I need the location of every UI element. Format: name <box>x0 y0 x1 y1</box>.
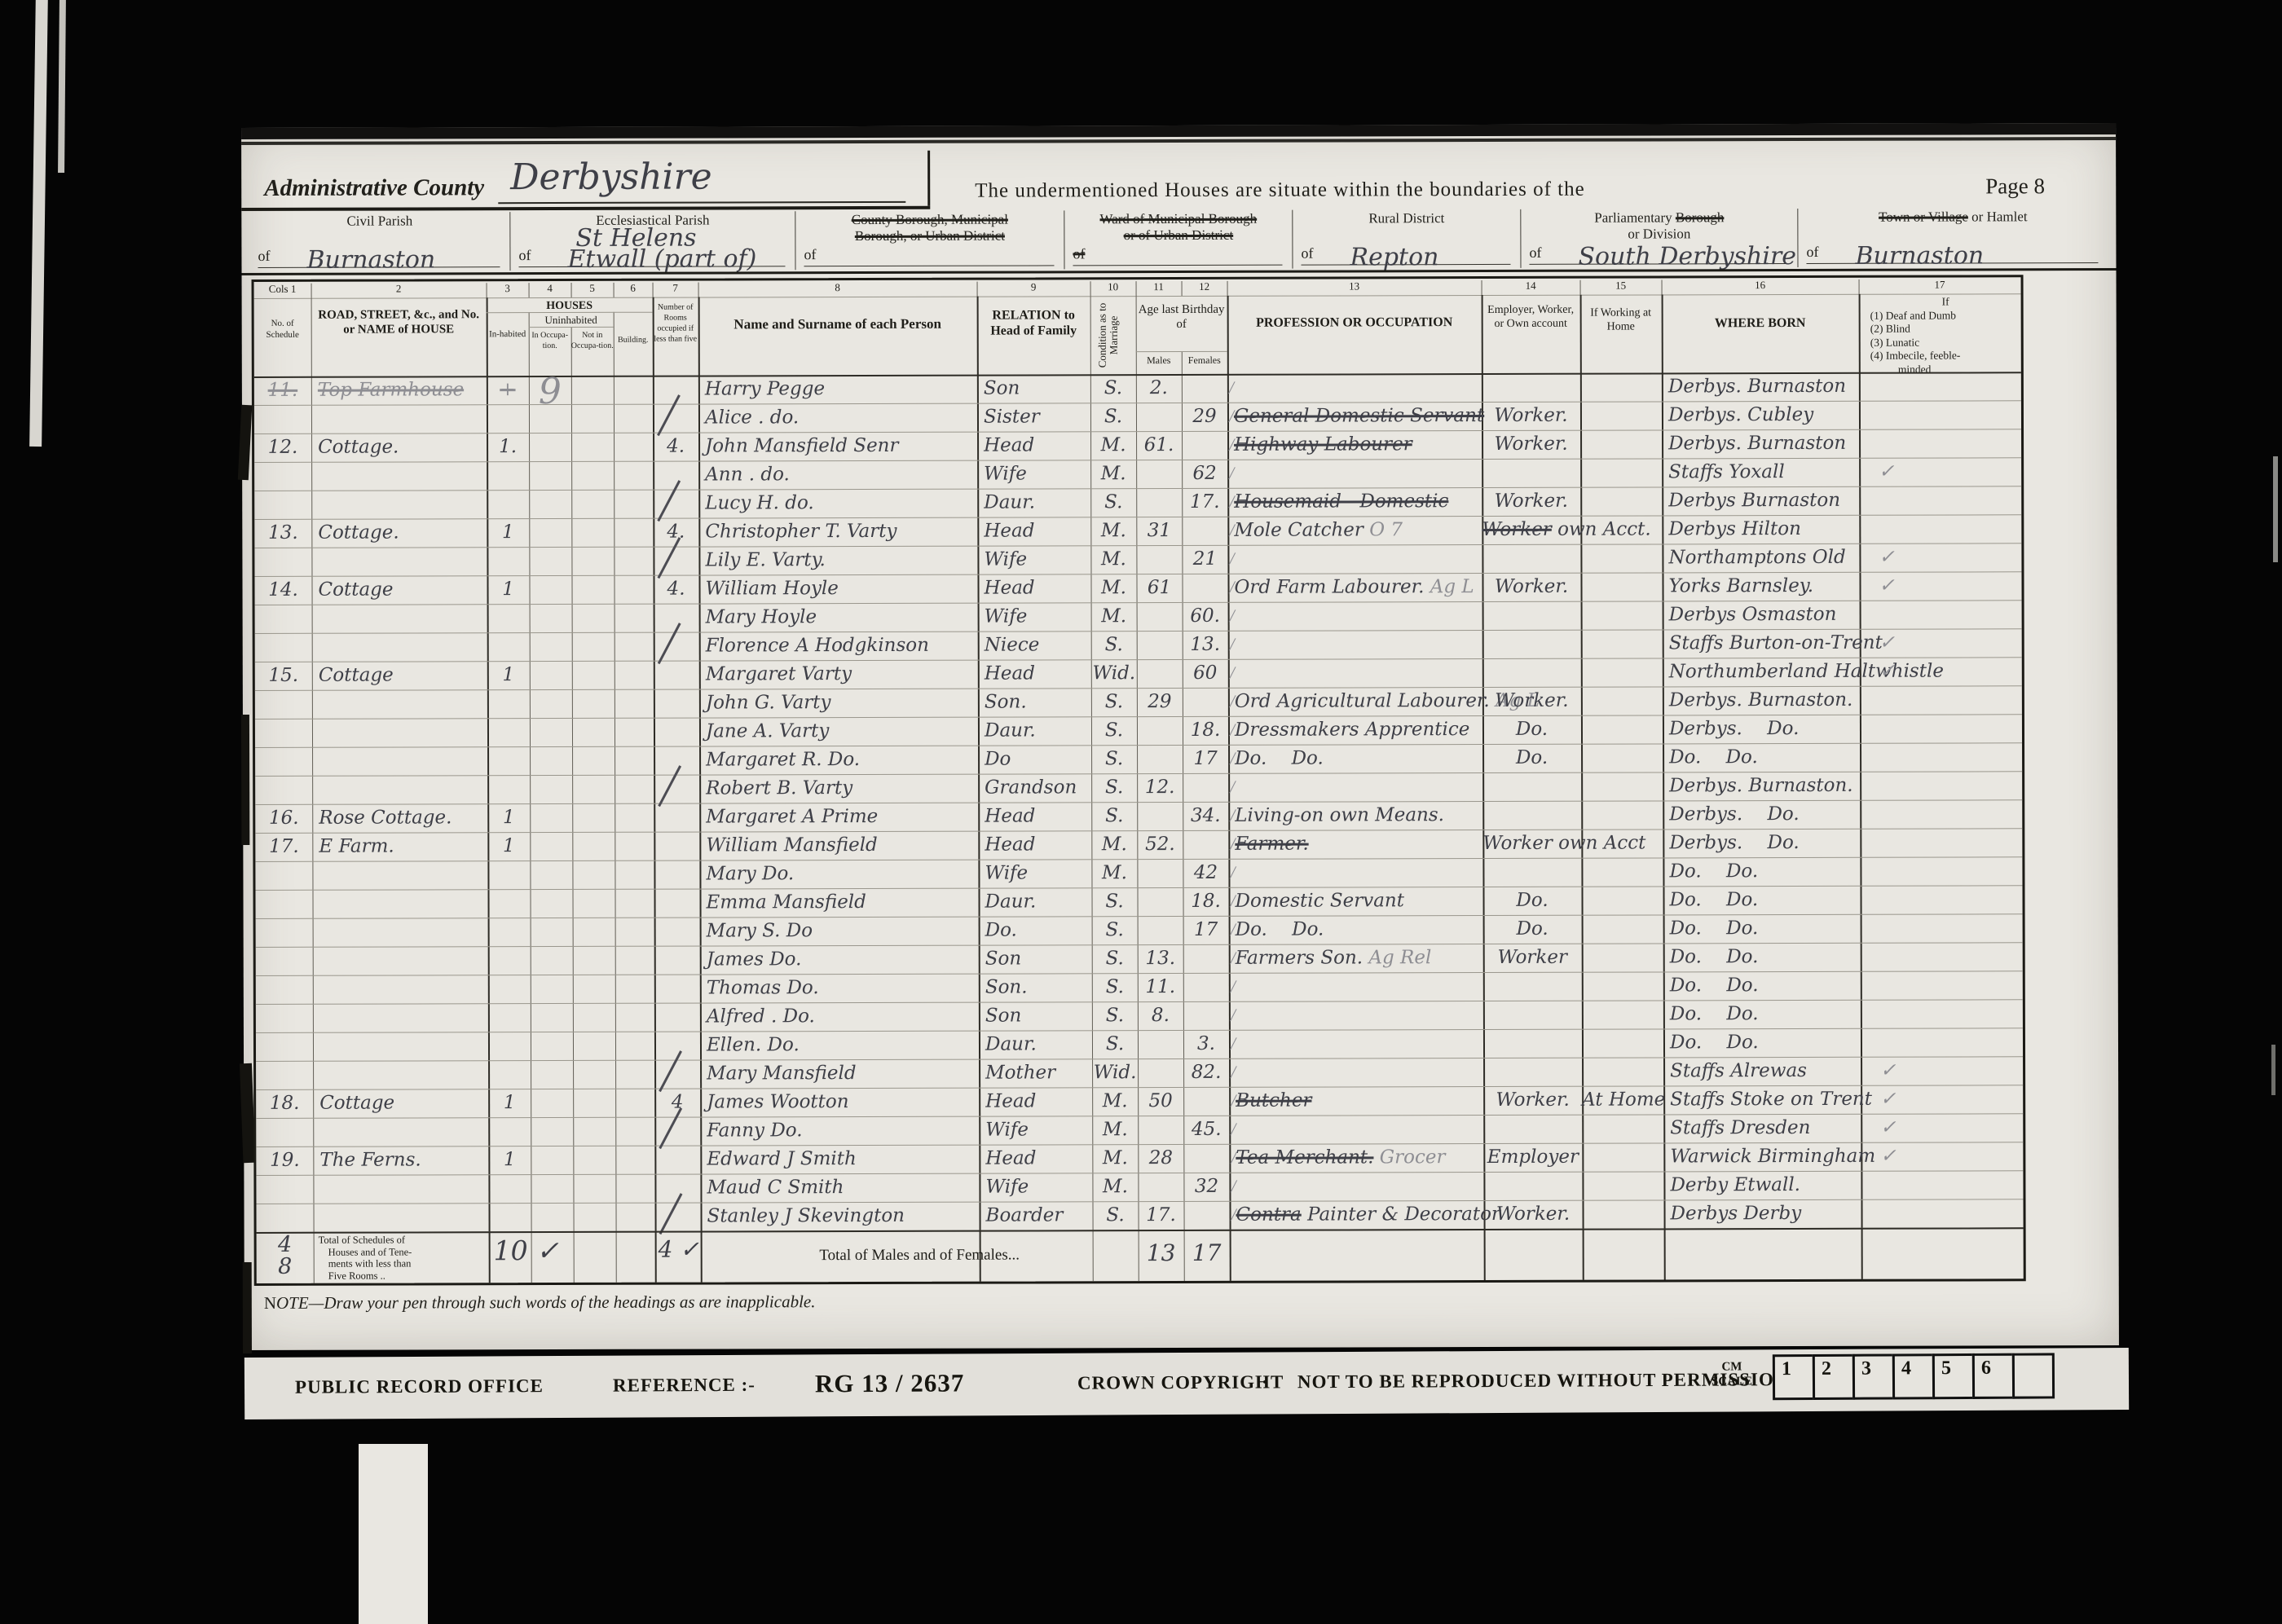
cell-cond: S. <box>1091 887 1137 916</box>
handwritten-entry: 17. <box>1190 491 1220 513</box>
scanner-strip <box>58 0 66 173</box>
handwritten-entry: Ellen. Do. <box>707 1034 800 1055</box>
column-line <box>1136 281 1137 296</box>
cell-rel: Head <box>979 1144 1092 1173</box>
cell-prof: Farmers Son. Ag Rel <box>1229 944 1483 973</box>
handwritten-entry: 31 <box>1148 520 1171 541</box>
handwritten-entry: 11. <box>268 380 298 401</box>
handwritten-entry: 8. <box>1152 1005 1170 1026</box>
handwritten-entry: Boarder <box>986 1204 1064 1226</box>
cell-cond: M. <box>1090 517 1136 545</box>
cell-emp: Do. <box>1482 744 1581 772</box>
handwritten-entry: 1 <box>503 807 515 828</box>
handwritten-entry: Worker. <box>1496 1204 1570 1225</box>
scan-blemish <box>238 405 253 481</box>
cell-inh: 1 <box>487 575 529 604</box>
col-number: 12 <box>1182 280 1227 293</box>
handwritten-entry: 13. <box>1190 634 1220 655</box>
cell-prof: Highway Labourer <box>1227 430 1482 460</box>
handwritten-entry: Edward J Smith <box>707 1148 857 1169</box>
cell-emp: Worker. <box>1482 573 1580 601</box>
cell-cond: M. <box>1092 1087 1138 1116</box>
column-header-prof: PROFESSION OR OCCUPATION <box>1227 315 1482 331</box>
handwritten-entry: Highway Labourer <box>1234 434 1412 456</box>
cm-scale-box: 4 <box>1892 1353 1935 1399</box>
cell-emp: Do. <box>1482 715 1581 744</box>
cell-name: Robert B. Varty <box>699 774 978 803</box>
cell-born: Derbys Osmaston <box>1663 601 1860 630</box>
handwritten-entry: Northamptons Old <box>1668 547 1845 569</box>
cell-prof: Farmer. <box>1228 830 1482 859</box>
handwritten-entry: Do. Do. <box>1670 1032 1759 1053</box>
infirmity-check: ✓ <box>1880 1085 1929 1114</box>
cell-m: 29 <box>1137 688 1183 716</box>
handwritten-entry: Do. Do. <box>1236 919 1324 940</box>
district-label: Ward of Municipal Boroughor of Urban Dis… <box>1064 210 1292 244</box>
cm-scale-ruler: 123456 <box>1775 1353 2055 1400</box>
district-value-above: St Helens <box>575 224 696 253</box>
col-number: 6 <box>614 282 653 295</box>
cell-emp: Worker. <box>1483 1200 1582 1229</box>
handwritten-entry: 82. <box>1192 1062 1222 1083</box>
cell-cond: S. <box>1090 374 1136 403</box>
cell-born: Northamptons Old <box>1662 544 1859 573</box>
cell-f: 29 <box>1182 403 1227 431</box>
cell-name: John Mansfield Senr <box>698 432 977 461</box>
scanner-strip <box>2273 456 2278 562</box>
cell-rel: Head <box>978 830 1091 859</box>
cell-cond: S. <box>1092 944 1138 973</box>
cell-rel: Son <box>977 374 1090 403</box>
handwritten-entry: General Domestic Servant <box>1234 405 1484 427</box>
handwritten-entry: 61 <box>1148 577 1171 598</box>
handwritten-entry: ✓ <box>1880 1117 1896 1138</box>
profession-tick: / <box>1229 434 1234 456</box>
cell-born: Do. Do. <box>1663 743 1860 772</box>
cell-born: Derbys. Burnaston. <box>1663 686 1860 715</box>
handwritten-entry: ✓ <box>1879 461 1894 482</box>
cell-sched: 16. <box>255 804 312 833</box>
handwritten-entry: M. <box>1102 862 1127 883</box>
cell-name: Alfred . Do. <box>700 1002 979 1032</box>
handwritten-entry: 18. <box>1191 720 1221 741</box>
cell-cond: M. <box>1090 431 1136 460</box>
page-title: The undermentioned Houses are situate wi… <box>975 178 1585 203</box>
profession-tick: / <box>1231 1033 1236 1054</box>
cell-emp: Worker. <box>1483 1086 1582 1115</box>
handwritten-entry: S. <box>1105 777 1123 798</box>
cell-emp: Worker. <box>1482 430 1580 459</box>
handwritten-entry: Painter & Decorator <box>1302 1204 1500 1226</box>
cell-rel: Do <box>978 745 1091 773</box>
handwritten-entry: Niece <box>985 634 1040 655</box>
profession-tick: / <box>1230 862 1235 883</box>
column-line <box>311 284 312 298</box>
cell-rel: Son. <box>979 973 1092 1001</box>
cell-m: 17. <box>1138 1201 1183 1230</box>
handwritten-entry: 14. <box>268 579 298 601</box>
handwritten-entry: Housemaid - Domestic <box>1234 491 1448 513</box>
cell-f: 82. <box>1183 1058 1229 1087</box>
district-of-line: of <box>804 245 1054 266</box>
cell-cond: M. <box>1090 545 1136 574</box>
cell-rel: Wife <box>978 859 1091 887</box>
admin-county-value: Derbyshire <box>510 156 712 199</box>
cell-house: E Farm. <box>312 832 487 861</box>
handwritten-entry: William Hoyle <box>705 578 838 599</box>
handwritten-entry: 28 <box>1149 1147 1173 1168</box>
district-label-part: or Division <box>1628 226 1690 241</box>
handwritten-entry: 16. <box>269 808 299 829</box>
column-line <box>1227 281 1228 296</box>
cell-rel: Do. <box>979 916 1092 944</box>
scan-background: Administrative County Derbyshire The und… <box>0 0 2282 1624</box>
handwritten-entry: Worker. <box>1494 405 1567 426</box>
handwritten-entry: Do. <box>985 920 1017 941</box>
handwritten-entry: S. <box>1105 720 1123 741</box>
handwritten-entry: own Acct. <box>1552 518 1651 539</box>
column-line <box>698 283 699 297</box>
cell-born: Staffs Stoke on Trent <box>1663 1085 1861 1115</box>
cell-f: 45. <box>1183 1116 1229 1144</box>
handwritten-entry: S. <box>1105 691 1123 712</box>
handwritten-entry: S. <box>1106 1005 1124 1026</box>
cell-born: Do. Do. <box>1663 886 1860 915</box>
totals-houses-value: 10 ✓ <box>494 1235 592 1266</box>
handwritten-entry: Worker. <box>1495 576 1568 597</box>
handwritten-entry: 42 <box>1194 862 1218 883</box>
admin-county-label: Administrative County <box>264 174 484 202</box>
cell-cond: Wid. <box>1092 1058 1138 1087</box>
profession-tick: / <box>1229 548 1234 570</box>
cell-cond: S. <box>1090 488 1136 517</box>
cell-name: James Do. <box>700 945 979 975</box>
col-number: 17 <box>1859 278 2021 292</box>
handwritten-entry: Contra <box>1236 1204 1302 1226</box>
cell-name: Christopher T. Varty <box>698 517 977 547</box>
cm-scale-box: 6 <box>1972 1353 2015 1399</box>
cell-rel: Wife <box>979 1173 1092 1201</box>
cell-rel: Head <box>977 431 1090 460</box>
cell-born: Yorks Barnsley. <box>1662 572 1859 601</box>
district-label-part: or of Urban District <box>1124 227 1234 243</box>
cell-born: Derbys. Burnaston <box>1662 429 1859 459</box>
handwritten-entry: John G. Varty <box>706 692 831 713</box>
district-label: Parliamentary Boroughor Division <box>1521 209 1797 243</box>
handwritten-entry: Do. <box>1516 747 1548 768</box>
cell-name: Jane A. Varty <box>699 717 978 746</box>
handwritten-entry: Derbys. Burnaston. <box>1669 689 1853 711</box>
footer-reference-label: REFERENCE :- <box>613 1375 756 1397</box>
handwritten-entry: Worker own Acct <box>1482 833 1645 855</box>
column-header-occ: In Occupa-tion. <box>529 330 571 351</box>
profession-tick: / <box>1230 634 1235 655</box>
district-cell: Ecclesiastical ParishofEtwall (part of)S… <box>510 211 795 271</box>
handwritten-entry: M. <box>1101 548 1126 570</box>
col-number: 16 <box>1662 279 1859 293</box>
cell-prof: Living-on own Means. <box>1228 801 1482 830</box>
column-line <box>529 283 530 297</box>
cell-house: Cottage <box>311 575 487 605</box>
cell-prof: Butcher <box>1229 1086 1483 1116</box>
handwritten-entry: M. <box>1101 577 1126 598</box>
handwritten-entry: Employer <box>1487 1146 1579 1168</box>
cell-prof: Ord Agricultural Labourer. Ag L <box>1228 687 1482 716</box>
cell-rooms: 4. <box>653 575 698 604</box>
profession-tick: / <box>1230 891 1235 912</box>
cell-f: 17 <box>1183 916 1229 944</box>
cell-f: 18. <box>1183 716 1228 745</box>
handwritten-entry: Derbys Derby <box>1671 1203 1802 1224</box>
profession-tick: / <box>1231 1005 1236 1026</box>
profession-tick: / <box>1230 834 1235 855</box>
cell-born: Derbys Hilton <box>1662 515 1859 544</box>
handwritten-entry: Derbys. Do. <box>1669 718 1799 739</box>
handwritten-entry: 17. <box>269 836 299 857</box>
census-page: Administrative County Derbyshire The und… <box>241 123 2119 1350</box>
footer-reference-number: RG 13 / 2637 <box>815 1368 965 1398</box>
cell-rel: Mother <box>979 1058 1092 1087</box>
cell-rel: Head <box>977 517 1090 545</box>
handwritten-entry: Cottage. <box>318 437 399 458</box>
handwritten-entry: Margaret A Prime <box>706 806 878 828</box>
handwritten-entry: Farmers Son. <box>1236 947 1369 968</box>
cell-cond: S. <box>1092 973 1138 1001</box>
cm-scale-box: 5 <box>1932 1353 1975 1399</box>
rule <box>241 206 930 211</box>
cell-cond: S. <box>1091 745 1137 773</box>
column-line <box>1482 280 1482 295</box>
handwritten-entry: Do. Do. <box>1669 746 1758 768</box>
cell-born: Warwick Birmingham <box>1663 1142 1861 1172</box>
column-header-bldg: Building. <box>614 335 653 345</box>
handwritten-entry: Tea Merchant. <box>1236 1146 1373 1168</box>
profession-tick: / <box>1231 976 1236 997</box>
cell-m: 31 <box>1136 517 1182 545</box>
infirmity-check: ✓ <box>1879 544 1927 572</box>
cell-rel: Daur. <box>978 716 1091 745</box>
profession-tick: / <box>1229 377 1234 398</box>
handwritten-entry: 60 <box>1193 662 1217 684</box>
handwritten-entry: 1 <box>502 579 514 600</box>
cell-name: Emma Mansfield <box>699 888 978 918</box>
handwritten-entry: ✓ <box>1880 1060 1896 1081</box>
cell-m: 28 <box>1138 1144 1183 1173</box>
handwritten-entry: 62 <box>1192 463 1216 484</box>
handwritten-entry: Derbys. Cubley <box>1668 404 1813 425</box>
column-header-house: ROAD, STREET, &c., and No. or NAME of HO… <box>311 307 487 337</box>
profession-tick: / <box>1230 720 1235 741</box>
handwritten-entry: Cottage <box>319 665 394 686</box>
cell-name: Lily E. Varty. <box>698 546 977 575</box>
handwritten-entry: Derbys Burnaston <box>1668 490 1840 512</box>
totals-males-females-label: Total of Males and of Females... <box>701 1246 1139 1265</box>
cell-born: Do. Do. <box>1663 857 1860 887</box>
cell-name: Mary Hoyle <box>699 603 978 632</box>
handwritten-entry: Yorks Barnsley. <box>1668 575 1813 596</box>
handwritten-entry: ✓ <box>1880 1146 1896 1167</box>
handwritten-entry: Butcher <box>1236 1090 1311 1111</box>
column-line <box>1182 281 1183 296</box>
handwritten-entry: Ag L <box>1430 576 1474 597</box>
cell-rel: Son. <box>978 688 1091 716</box>
totals-label-line: Five Rooms .. <box>319 1270 491 1282</box>
column-header-rooms: Number of Rooms occupied if less than fi… <box>653 302 698 345</box>
cell-cond: M. <box>1092 1116 1138 1144</box>
handwritten-entry: 2. <box>1150 377 1168 398</box>
cell-m: 11. <box>1138 973 1183 1001</box>
handwritten-entry: Daur. <box>985 1033 1037 1054</box>
cell-emp: Employer <box>1483 1143 1582 1172</box>
handwritten-entry: S. <box>1106 976 1124 997</box>
handwritten-entry: The Ferns. <box>319 1149 421 1170</box>
column-header-notocc: Not in Occupa-tion. <box>571 330 614 351</box>
handwritten-entry: Fanny Do. <box>707 1120 802 1141</box>
column-line <box>571 283 572 297</box>
cell-name: Stanley J Skevington <box>700 1202 979 1231</box>
handwritten-entry: Derbys. Burnaston. <box>1669 775 1853 797</box>
handwritten-entry: Head <box>985 1147 1036 1168</box>
cell-rel: Son <box>979 1001 1092 1030</box>
cell-cond: S. <box>1091 688 1137 716</box>
handwritten-entry: Worker. <box>1494 434 1567 455</box>
handwritten-entry: Head <box>985 805 1035 826</box>
handwritten-entry: 13 <box>1147 1239 1176 1266</box>
cell-house: Cottage <box>312 661 487 690</box>
cell-inh: 1 <box>487 661 530 689</box>
handwritten-entry: 60. <box>1190 605 1220 627</box>
col-number: 8 <box>698 281 977 295</box>
district-cell: Town or Village or HamletofBurnaston <box>1798 208 2108 267</box>
cell-rel: Daur. <box>978 887 1091 916</box>
cell-rel: Wife <box>977 460 1090 488</box>
handwritten-entry: M. <box>1101 463 1126 484</box>
cell-m: 2. <box>1136 374 1182 403</box>
handwritten-entry: Staffs Dresden <box>1670 1117 1810 1138</box>
handwritten-entry: 19. <box>270 1150 300 1171</box>
scanner-strip <box>29 0 48 447</box>
cell-born: Derby Etwall. <box>1663 1171 1861 1200</box>
column-header-cond: Condition as to Marriage <box>1097 299 1130 371</box>
cell-house: Cottage <box>313 1089 488 1118</box>
infirmity-line: If <box>1870 295 2021 309</box>
handwritten-entry: ✓ <box>1880 1089 1896 1110</box>
handwritten-entry: Do. Do. <box>1670 975 1759 996</box>
handwritten-entry: Mary Hoyle <box>706 606 817 627</box>
cell-prof: Do. Do. <box>1229 915 1483 944</box>
cell-cond: Wid. <box>1091 659 1137 688</box>
profession-tick: / <box>1231 1147 1236 1168</box>
handwritten-entry: Florence A Hodgkinson <box>706 635 929 657</box>
handwritten-entry: Ord Farm Labourer. <box>1234 576 1430 598</box>
handwritten-entry: Alice . do. <box>705 407 799 428</box>
cell-cond: S. <box>1092 1001 1138 1030</box>
handwritten-entry: Grandson <box>985 777 1077 798</box>
handwritten-entry: Derbys. Burnaston <box>1668 433 1846 455</box>
cell-house: Top Farmhouse <box>311 376 487 405</box>
handwritten-entry: 1. <box>499 436 517 457</box>
scanner-strip <box>2271 1045 2275 1095</box>
cell-born: Do. Do. <box>1663 971 1861 1001</box>
handwritten-entry: Jane A. Varty <box>706 720 829 742</box>
cell-cond: S. <box>1092 916 1138 944</box>
handwritten-entry: M. <box>1103 1147 1128 1168</box>
handwritten-entry: Dressmakers Apprentice <box>1235 719 1469 741</box>
cell-f: 34. <box>1183 802 1228 830</box>
handwritten-entry: 18. <box>270 1093 300 1114</box>
col-number: 3 <box>487 282 529 295</box>
cell-emp: Do. <box>1482 887 1581 915</box>
handwritten-entry: 17 <box>1192 1239 1222 1266</box>
cell-name: Edward J Smith <box>700 1145 979 1174</box>
handwritten-entry: 12. <box>268 437 298 458</box>
scan-blemish <box>243 1262 252 1353</box>
cell-m: 52. <box>1137 830 1183 859</box>
cell-rel: Sister <box>977 403 1090 431</box>
profession-tick: / <box>1230 605 1235 627</box>
cell-rel: Boarder <box>979 1201 1092 1230</box>
column-line <box>1662 279 1663 294</box>
cell-name: Fanny Do. <box>700 1116 979 1146</box>
cell-cond: M. <box>1090 574 1136 602</box>
profession-tick: / <box>1231 1119 1236 1140</box>
handwritten-entry: Do. Do. <box>1235 748 1324 769</box>
district-label-part: Parliamentary <box>1594 209 1676 225</box>
cell-cond: S. <box>1092 1030 1138 1058</box>
column-header-emp: Employer, Worker, or Own account <box>1482 303 1580 331</box>
handwritten-entry: ✓ <box>1879 547 1894 568</box>
of-label: of <box>518 247 531 263</box>
cell-rel: Wife <box>977 545 1090 574</box>
handwritten-entry: Wife <box>985 862 1028 883</box>
cell-house: Cottage. <box>311 518 487 548</box>
cell-emp: Worker own Acct <box>1482 830 1581 858</box>
handwritten-entry: John Mansfield Senr <box>705 435 898 457</box>
footer-separator: · <box>1262 1371 1269 1393</box>
district-label-part: Borough <box>1676 209 1725 225</box>
handwritten-entry: 50 <box>1148 1090 1172 1111</box>
handwritten-entry: M. <box>1103 1176 1128 1197</box>
cell-house: The Ferns. <box>313 1146 488 1175</box>
handwritten-entry: 3. <box>1197 1033 1215 1054</box>
handwritten-entry: 17 <box>1194 919 1218 940</box>
cell-inh: 1 <box>487 803 530 832</box>
column-header-name: Name and Surname of each Person <box>698 316 977 333</box>
handwritten-entry: Head <box>985 834 1035 855</box>
footer-cm-scale-label: CMSCALE <box>1711 1359 1752 1389</box>
handwritten-entry: Head <box>985 662 1035 684</box>
cell-rel: Head <box>979 1087 1092 1116</box>
cell-name: Mary Do. <box>699 860 978 889</box>
handwritten-entry: Alfred . Do. <box>707 1006 815 1027</box>
handwritten-entry: Daur. <box>985 720 1036 741</box>
cell-name: Lucy H. do. <box>698 489 977 518</box>
handwritten-entry: Derbys Hilton <box>1668 518 1801 539</box>
cell-cond: S. <box>1091 716 1137 745</box>
cm-scale-box <box>2012 1353 2055 1398</box>
handwritten-entry: Do. <box>1516 890 1548 911</box>
cell-born: Derbys. Cubley <box>1662 401 1859 430</box>
handwritten-entry: Derby Etwall. <box>1670 1174 1800 1195</box>
cell-cond: S. <box>1091 773 1137 802</box>
handwritten-entry: ✓ <box>1879 575 1894 596</box>
cell-born: Derbys. Do. <box>1663 800 1860 830</box>
handwritten-entry: Head <box>984 434 1034 456</box>
handwritten-entry: Son <box>985 1006 1021 1027</box>
profession-tick: / <box>1231 919 1236 940</box>
district-label-part: Town or Village <box>1879 209 1968 224</box>
cell-born: Derbys. Do. <box>1663 829 1860 858</box>
